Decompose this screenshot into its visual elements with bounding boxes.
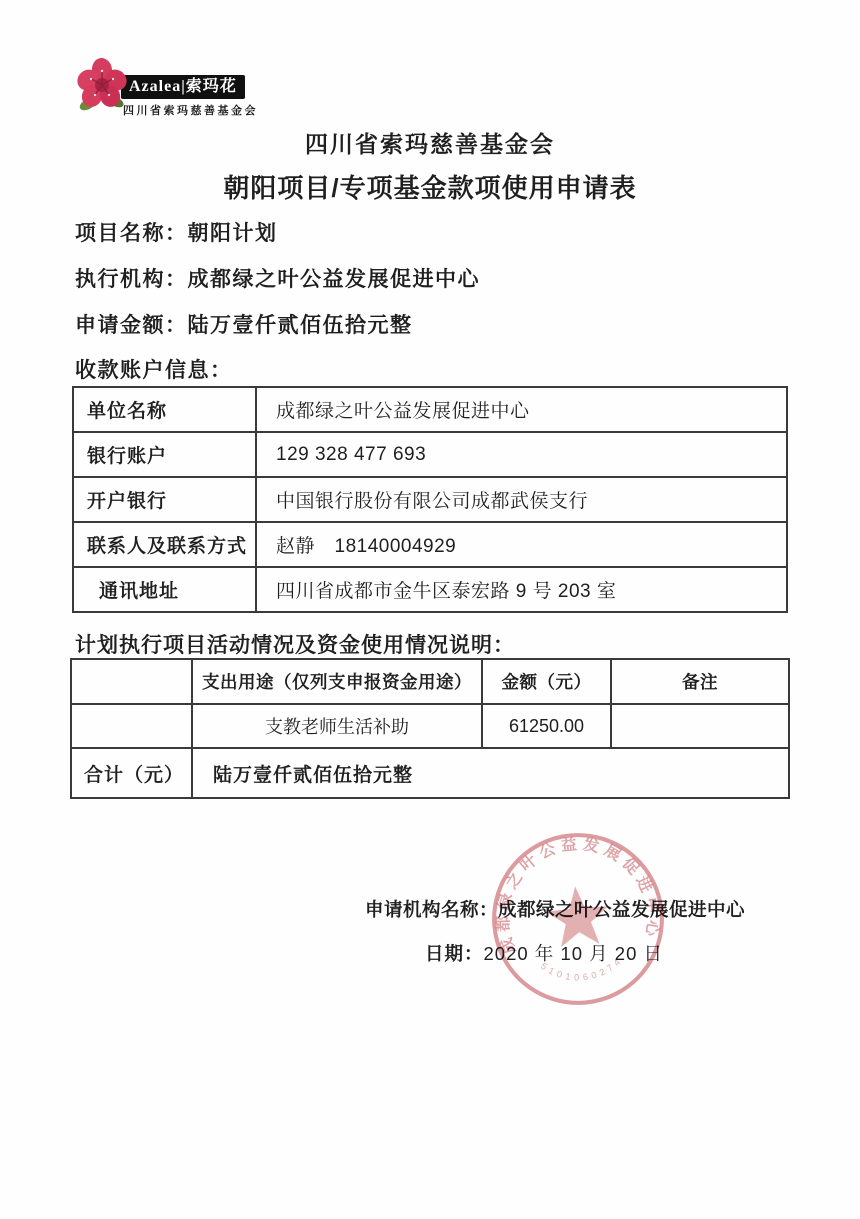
cell-remark — [611, 704, 789, 748]
row-value: 成都绿之叶公益发展促进中心 — [256, 387, 787, 432]
document-subtitle: 朝阳项目/专项基金款项使用申请表 — [0, 168, 860, 205]
table-row: 开户银行 中国银行股份有限公司成都武侯支行 — [73, 477, 787, 522]
svg-text:成都绿之叶公益发展促进中心: 成都绿之叶公益发展促进中心 — [487, 827, 664, 956]
header-cell-amount: 金额（元） — [482, 659, 611, 704]
requested-amount-line: 申请金额：陆万壹仟贰佰伍拾元整 — [75, 309, 413, 339]
logo-org-name: 四川省索玛慈善基金会 — [123, 102, 258, 118]
date-line: 日期：2020 年 10 月 20 日 — [425, 940, 663, 966]
account-info-table: 单位名称 成都绿之叶公益发展促进中心 银行账户 129 328 477 693 … — [72, 386, 788, 613]
header-cell-remark: 备注 — [611, 659, 789, 704]
row-value: 四川省成都市金牛区泰宏路 9 号 203 室 — [256, 567, 787, 612]
table-total-row: 合计（元） 陆万壹仟贰佰伍拾元整 — [71, 748, 789, 798]
project-name-line: 项目名称：朝阳计划 — [75, 217, 278, 247]
cell-amount: 61250.00 — [482, 704, 611, 748]
expense-table: 支出用途（仅列支申报资金用途） 金额（元） 备注 支教老师生活补助 61250.… — [70, 658, 790, 799]
table-row: 通讯地址 四川省成都市金牛区泰宏路 9 号 203 室 — [73, 567, 787, 612]
account-section-heading: 收款账户信息： — [75, 354, 233, 384]
header-cell-purpose: 支出用途（仅列支申报资金用途） — [192, 659, 482, 704]
document-title: 四川省索玛慈善基金会 — [0, 126, 860, 159]
foundation-logo: Azalea|索玛花 四川省索玛慈善基金会 — [76, 54, 291, 120]
total-label: 合计（元） — [71, 748, 192, 798]
scanned-application-form: Azalea|索玛花 四川省索玛慈善基金会 四川省索玛慈善基金会 朝阳项目/专项… — [0, 0, 860, 1219]
row-label: 单位名称 — [73, 387, 256, 432]
cell-empty — [71, 704, 192, 748]
table-row: 联系人及联系方式 赵静 18140004929 — [73, 522, 787, 567]
row-label: 银行账户 — [73, 432, 256, 477]
row-value: 129 328 477 693 — [256, 432, 787, 477]
executing-agency-line: 执行机构：成都绿之叶公益发展促进中心 — [75, 263, 480, 293]
row-label: 通讯地址 — [73, 567, 256, 612]
row-label: 联系人及联系方式 — [73, 522, 256, 567]
applicant-name-line: 申请机构名称：成都绿之叶公益发展促进中心 — [365, 896, 745, 922]
stamp-arc-text: 成都绿之叶公益发展促进中心 — [487, 827, 664, 956]
date-label: 日期： — [425, 943, 484, 964]
header-cell-empty — [71, 659, 192, 704]
table-row: 支教老师生活补助 61250.00 — [71, 704, 789, 748]
table-row: 单位名称 成都绿之叶公益发展促进中心 — [73, 387, 787, 432]
azalea-flower-icon — [76, 58, 128, 114]
total-value: 陆万壹仟贰佰伍拾元整 — [192, 748, 789, 798]
row-label: 开户银行 — [73, 477, 256, 522]
table-row: 银行账户 129 328 477 693 — [73, 432, 787, 477]
usage-section-heading: 计划执行项目活动情况及资金使用情况说明： — [75, 629, 515, 659]
table-header-row: 支出用途（仅列支申报资金用途） 金额（元） 备注 — [71, 659, 789, 704]
logo-badge: Azalea|索玛花 — [121, 75, 245, 99]
cell-purpose: 支教老师生活补助 — [192, 704, 482, 748]
date-value: 2020 年 10 月 20 日 — [484, 943, 664, 964]
row-value: 赵静 18140004929 — [256, 522, 787, 567]
row-value: 中国银行股份有限公司成都武侯支行 — [256, 477, 787, 522]
